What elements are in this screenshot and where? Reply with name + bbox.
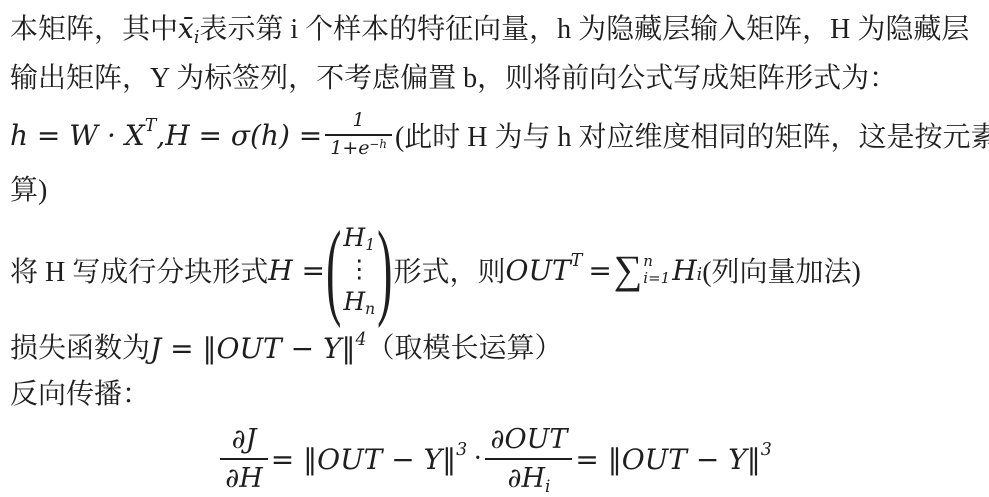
- x-bar-variable: x̄: [178, 12, 194, 45]
- dout-numerator: ∂OUT: [485, 422, 572, 460]
- block-tail-note: (列向量加法): [702, 250, 861, 290]
- matrix-open-paren: (: [326, 216, 341, 324]
- forward-mid: ,H = σ(h) =: [156, 119, 322, 152]
- summand-base: H: [672, 254, 696, 287]
- backprop-label: 反向传播：: [10, 372, 979, 416]
- out-transpose-sup: T: [571, 251, 583, 271]
- entry1-base: H: [343, 223, 365, 252]
- summation-limits: n i=1: [643, 253, 670, 288]
- intro-line-1: 本矩阵，其中x̄i表示第 i 个样本的特征向量，h 为隐藏层输入矩阵，H 为隐藏…: [10, 6, 979, 56]
- gradient-formula-row: ∂J ∂H = ‖OUT − Y‖3 · ∂OUT ∂Hi = ‖OUT − Y…: [10, 416, 979, 497]
- block-equals: =: [588, 254, 611, 287]
- dh-denominator: ∂H: [220, 460, 268, 496]
- block-pre-text: 将 H 写成行分块形式: [10, 250, 268, 290]
- column-block-matrix: ( H1 ⋮ Hn ): [326, 222, 392, 318]
- entryn-subscript: n: [365, 300, 375, 318]
- intro-line1-pre: 本矩阵，其中: [10, 14, 178, 45]
- entry1-subscript: 1: [365, 236, 375, 254]
- summation-lower-limit: i=1: [643, 270, 670, 287]
- summation-upper-limit: n: [643, 253, 653, 270]
- forward-inline-note: (此时 H 为与 h 对应维度相同的矩阵，这是按元素运: [395, 115, 989, 155]
- summation: ∑ n i=1: [614, 250, 670, 290]
- matrix-entry-n: Hn: [343, 286, 375, 318]
- dout-dhi-fraction: ∂OUT ∂Hi: [485, 422, 572, 496]
- entryn-base: H: [343, 287, 365, 316]
- dj-dh-fraction: ∂J ∂H: [220, 422, 268, 496]
- dhi-denominator: ∂Hi: [485, 460, 572, 496]
- intro-line1-post: 表示第 i 个样本的特征向量，h 为隐藏层输入矩阵，H 为隐藏层: [199, 14, 969, 45]
- sigma-symbol: ∑: [614, 250, 643, 290]
- loss-function-row: 损失函数为J = ‖OUT − Y‖4（取模长运算）: [10, 326, 979, 372]
- forward-formula-row: h = W · XT,H = σ(h) = 1 1+e−h (此时 H 为与 h…: [10, 102, 979, 168]
- gradient-eq2-exponent: 3: [761, 440, 772, 460]
- note-wrap-line: 算): [10, 168, 979, 214]
- out-variable: OUT: [505, 254, 570, 287]
- loss-pre-text: 损失函数为: [10, 326, 150, 372]
- block-lhs: H =: [268, 254, 325, 287]
- summand-subscript: i: [697, 265, 703, 285]
- sigmoid-denominator: 1+e−h: [325, 136, 392, 161]
- sigmoid-den-base: 1+e: [330, 137, 369, 159]
- forward-lhs: h = W · X: [10, 119, 145, 152]
- loss-exponent: 4: [355, 317, 366, 363]
- gradient-eq1-exponent: 3: [456, 440, 467, 460]
- matrix-entry-1: H1: [343, 222, 375, 254]
- gradient-eq2: = ‖OUT − Y‖: [575, 443, 760, 476]
- multiplication-dot: ·: [473, 443, 482, 475]
- intro-line2-text: 输出矩阵，Y 为标签列，不考虑偏置 b，则将前向公式写成矩阵形式为：: [10, 63, 897, 94]
- matrix-entries: H1 ⋮ Hn: [341, 222, 377, 318]
- transpose-superscript: T: [145, 116, 157, 136]
- x-bar-subscript: i: [194, 28, 200, 48]
- matrix-close-paren: ): [377, 216, 392, 324]
- dj-numerator: ∂J: [220, 422, 268, 460]
- gradient-eq1: = ‖OUT − Y‖: [271, 443, 456, 476]
- intro-line-2: 输出矩阵，Y 为标签列，不考虑偏置 b，则将前向公式写成矩阵形式为：: [10, 56, 979, 102]
- loss-expression: J = ‖OUT − Y‖: [150, 326, 355, 372]
- note-wrap-text: 算): [10, 175, 47, 206]
- dhi-den-subscript: i: [545, 476, 550, 496]
- loss-note: （取模长运算）: [367, 326, 563, 372]
- sigmoid-fraction: 1 1+e−h: [325, 109, 392, 161]
- sigmoid-numerator: 1: [325, 109, 392, 136]
- backprop-label-text: 反向传播：: [10, 379, 150, 410]
- sigmoid-den-exponent: −h: [370, 137, 387, 151]
- block-matrix-row: 将 H 写成行分块形式H = ( H1 ⋮ Hn ) 形式，则OUTT= ∑ n…: [10, 214, 979, 326]
- document-page: 本矩阵，其中x̄i表示第 i 个样本的特征向量，h 为隐藏层输入矩阵，H 为隐藏…: [0, 0, 989, 497]
- dhi-den-base: ∂H: [507, 463, 545, 494]
- block-mid-text: 形式，则: [393, 250, 505, 290]
- matrix-vertical-dots: ⋮: [347, 254, 372, 286]
